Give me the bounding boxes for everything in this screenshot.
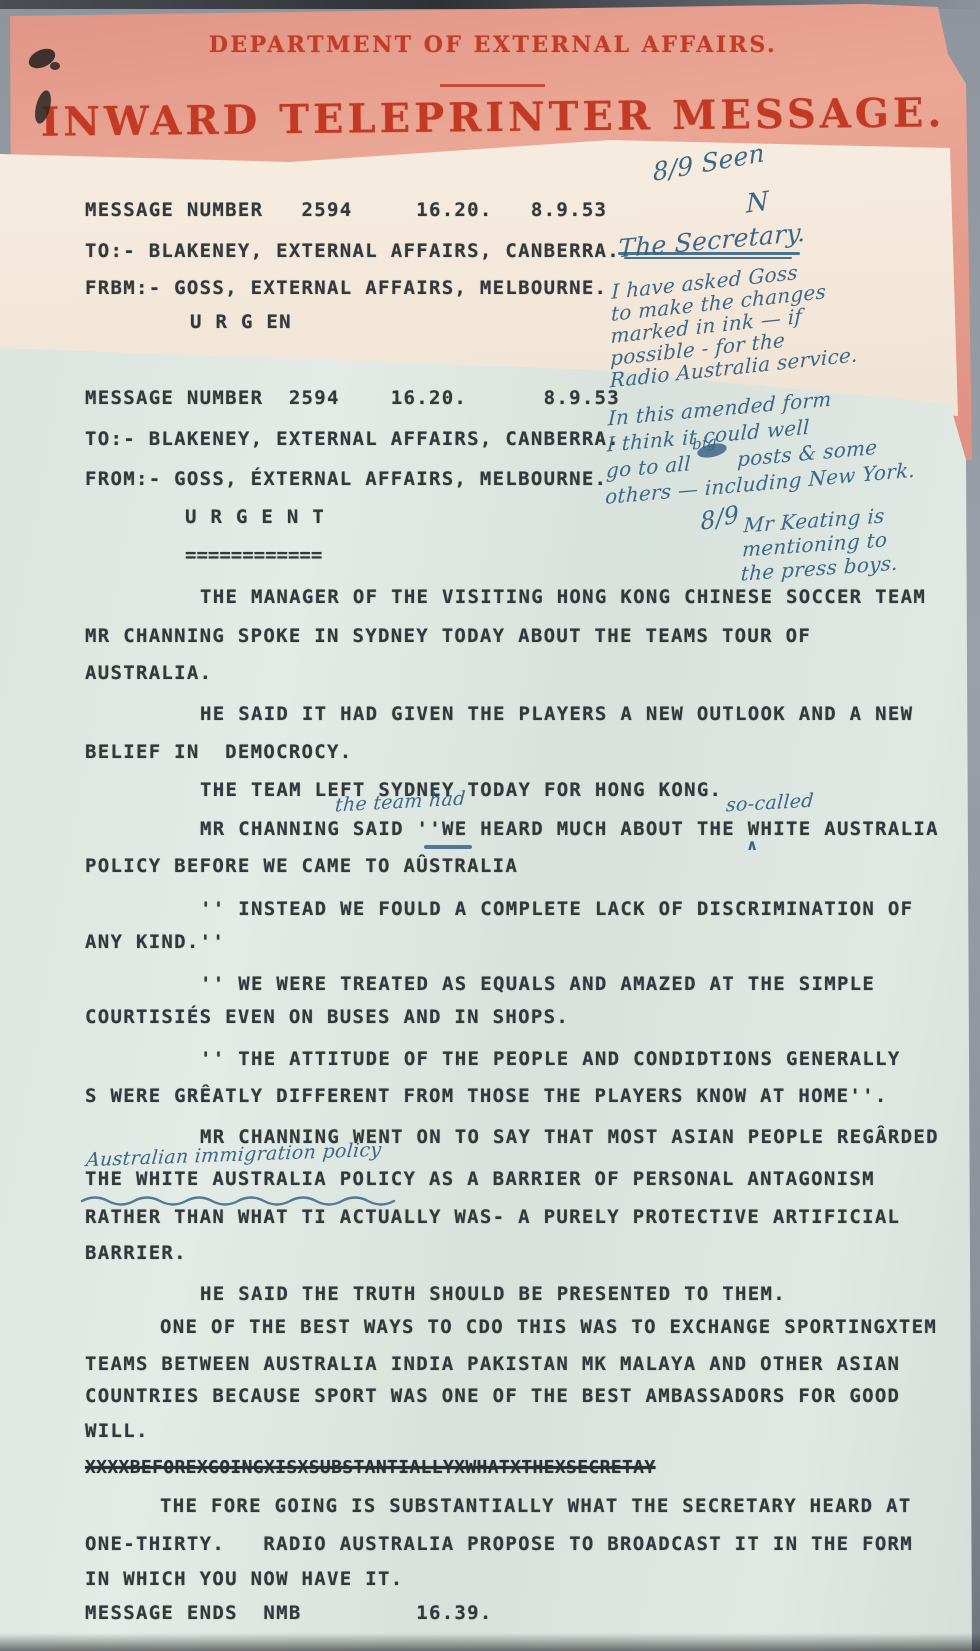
typed-line: THE MANAGER OF THE VISITING HONG KONG CH… xyxy=(200,586,926,608)
typed-line: U R G EN xyxy=(190,311,292,333)
typed-line: COUNTRIES BECAUSE SPORT WAS ONE OF THE B… xyxy=(85,1385,900,1407)
handwriting-line: so-called xyxy=(725,790,814,817)
typed-line: WILL. xyxy=(85,1420,149,1442)
typed-line: '' INSTEAD WE FOULD A COMPLETE LACK OF D… xyxy=(200,898,913,920)
typed-line: ONE-THIRTY. RADIO AUSTRALIA PROPOSE TO B… xyxy=(85,1533,913,1555)
handwritten-note: N xyxy=(746,186,769,219)
typed-line: THE WHITE AUSTRALIA POLICY AS A BARRIER … xyxy=(85,1168,875,1190)
typed-line: ANY KIND.'' xyxy=(85,931,225,953)
ink-underline xyxy=(424,845,472,849)
typed-line: HE SAID IT HAD GIVEN THE PLAYERS A NEW O… xyxy=(200,703,913,725)
typed-line: '' WE WERE TREATED AS EQUALS AND AMAZED … xyxy=(200,973,875,995)
handwritten-note: Mr Keating ismentioning tothe press boys… xyxy=(740,502,901,585)
typed-line: MESSAGE NUMBER 2594 16.20. 8.9.53 xyxy=(85,199,607,221)
ink-blot xyxy=(50,62,60,70)
wavy-underline xyxy=(80,1192,408,1214)
typed-line: IN WHICH YOU NOW HAVE IT. xyxy=(85,1568,403,1590)
insertion-caret: ∧ xyxy=(746,836,758,854)
typed-line: S WERE GRÊATLY DIFFERENT FROM THOSE THE … xyxy=(85,1085,888,1107)
scanned-document: DEPARTMENT OF EXTERNAL AFFAIRS. INWARD T… xyxy=(0,0,980,1651)
typed-line: TEAMS BETWEEN AUSTRALIA INDIA PAKISTAN M… xyxy=(85,1353,900,1375)
typed-line: BARRIER. xyxy=(85,1242,187,1264)
typed-line: COURTISIÉS EVEN ON BUSES AND IN SHOPS. xyxy=(85,1006,569,1028)
heading-rule xyxy=(440,84,545,87)
typed-line: TO:- BLAKENEY, EXTERNAL AFFAIRS, CANBERR… xyxy=(85,428,620,450)
typed-line: MESSAGE NUMBER 2594 16.20. 8.9.53 xyxy=(85,387,620,409)
typed-line: FROM:- GOSS, ÉXTERNAL AFFAIRS, MELBOURNE… xyxy=(85,468,607,490)
ink-underline xyxy=(624,257,792,259)
typed-line: MESSAGE ENDS NMB 16.39. xyxy=(85,1602,493,1624)
typed-line: POLICY BEFORE WE CAME TO AÛSTRALIA xyxy=(85,855,518,877)
typed-line: XXXXBEFOREXGOINGXISXSUBSTANTIALLYXWHATXT… xyxy=(85,1457,656,1478)
message-title: INWARD TELEPRINTER MESSAGE. xyxy=(10,89,976,146)
typed-line: '' THE ATTITUDE OF THE PEOPLE AND CONDID… xyxy=(200,1048,901,1070)
typed-line: TO:- BLAKENEY, EXTERNAL AFFAIRS, CANBERR… xyxy=(85,240,620,262)
typed-line: U R G E N T xyxy=(185,506,325,528)
typed-line: FRBM:- GOSS, EXTERNAL AFFAIRS, MELBOURNE… xyxy=(85,277,607,299)
handwriting-line: N xyxy=(746,186,769,219)
ink-underline xyxy=(618,252,800,255)
typed-line: BELIEF IN DEMOCROCY. xyxy=(85,741,353,763)
typed-line: ONE OF THE BEST WAYS TO CDO THIS WAS TO … xyxy=(160,1316,937,1338)
typed-line: MR CHANNING SAID ''WE HEARD MUCH ABOUT T… xyxy=(200,818,939,840)
handwritten-note: so-called xyxy=(725,790,814,817)
typed-line: AUSTRALIA. xyxy=(85,662,212,684)
typed-line: HE SAID THE TRUTH SHOULD BE PRESENTED TO… xyxy=(200,1283,786,1305)
photo-bottom-shadow xyxy=(0,1633,980,1651)
department-heading: DEPARTMENT OF EXTERNAL AFFAIRS. xyxy=(10,32,976,58)
typed-line: MR CHANNING SPOKE IN SYDNEY TODAY ABOUT … xyxy=(85,625,811,647)
typed-line: ============ xyxy=(185,544,322,566)
typed-line: THE FORE GOING IS SUBSTANTIALLY WHAT THE… xyxy=(160,1495,912,1517)
